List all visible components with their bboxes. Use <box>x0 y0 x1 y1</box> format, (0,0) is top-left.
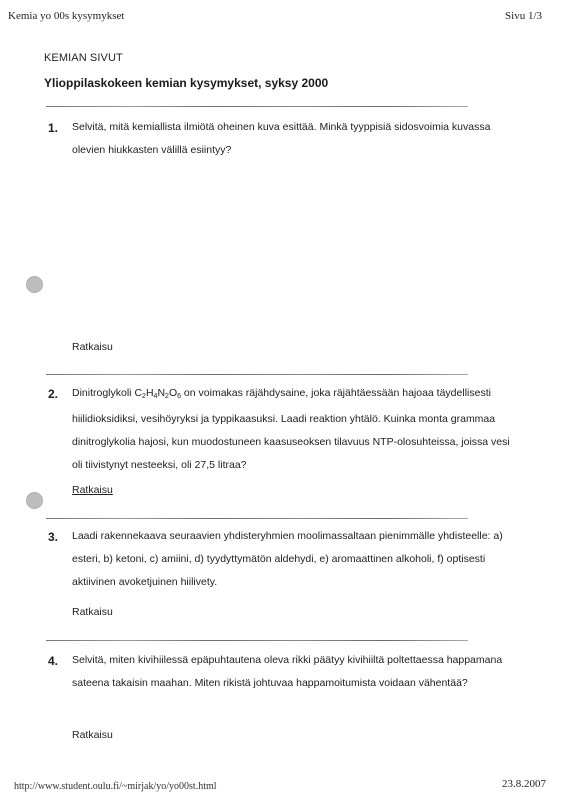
divider <box>46 106 468 107</box>
divider <box>46 518 468 519</box>
question-number: 4. <box>48 654 58 668</box>
page-indicator: Sivu 1/3 <box>505 10 542 22</box>
question-4: 4. Selvitä, miten kivihiilessä epäpuhtau… <box>48 654 518 695</box>
question-text: Laadi rakennekaava seuraavien yhdisteryh… <box>72 525 518 594</box>
text-before-formula: Dinitroglykoli <box>72 387 134 399</box>
question-text: Selvitä, mitä kemiallista ilmiötä oheine… <box>72 116 518 162</box>
divider <box>46 640 468 641</box>
punch-hole-circle <box>26 492 43 509</box>
print-footer-date: 23.8.2007 <box>502 778 546 790</box>
divider <box>46 374 468 375</box>
question-text: Dinitroglykoli C2H4N2O6 on voimakas räjä… <box>72 382 518 477</box>
question-text: Selvitä, miten kivihiilessä epäpuhtauten… <box>72 649 518 695</box>
solution-link-3[interactable]: Ratkaisu <box>72 606 113 618</box>
question-number: 3. <box>48 530 58 544</box>
punch-hole-circle <box>26 276 43 293</box>
question-3: 3. Laadi rakennekaava seuraavien yhdiste… <box>48 530 518 594</box>
page-title: Ylioppilaskokeen kemian kysymykset, syks… <box>44 76 328 90</box>
question-number: 1. <box>48 121 58 135</box>
solution-link-4[interactable]: Ratkaisu <box>72 729 113 741</box>
question-number: 2. <box>48 387 58 401</box>
solution-link-2[interactable]: Ratkaisu <box>72 484 113 496</box>
print-header-title: Kemia yo 00s kysymykset <box>8 10 124 22</box>
question-2: 2. Dinitroglykoli C2H4N2O6 on voimakas r… <box>48 387 518 477</box>
text-after-formula: on voimakas räjähdysaine, joka räjähtäes… <box>72 387 510 471</box>
chemical-formula: C2H4N2O6 <box>134 387 181 399</box>
print-footer-url: http://www.student.oulu.fi/~mirjak/yo/yo… <box>14 781 217 792</box>
site-title: KEMIAN SIVUT <box>44 52 123 64</box>
solution-link-1[interactable]: Ratkaisu <box>72 341 113 353</box>
question-1: 1. Selvitä, mitä kemiallista ilmiötä ohe… <box>48 121 518 162</box>
